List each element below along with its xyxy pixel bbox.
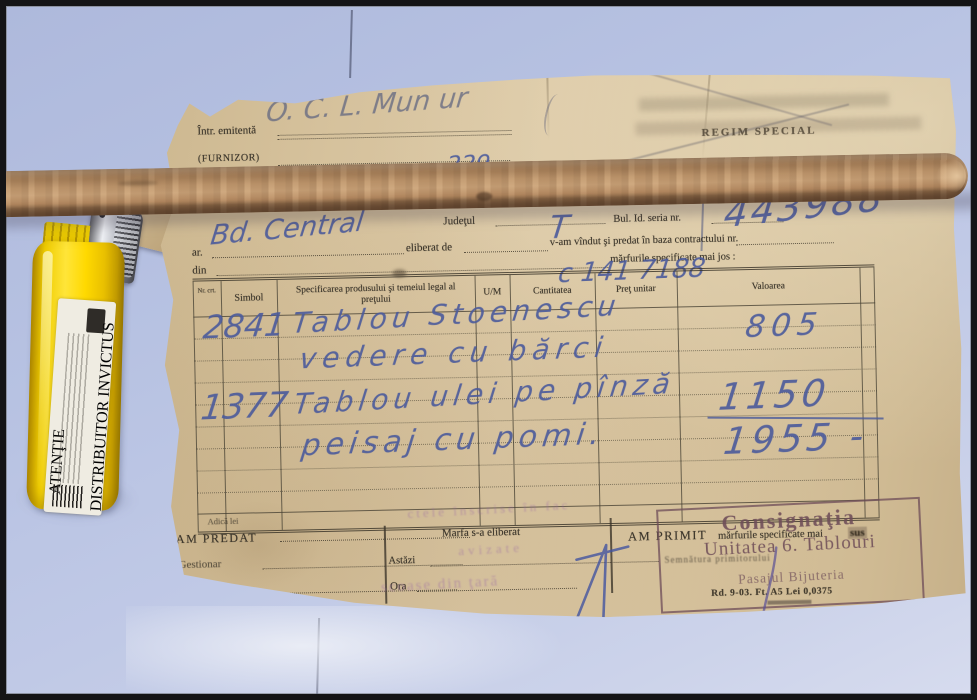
ar-label: ar.	[192, 246, 203, 258]
label-barcode	[52, 484, 83, 508]
faded-stamp-line	[639, 93, 889, 111]
backdrop-light-patch	[126, 606, 566, 700]
furnizor-label: (FURNIZOR)	[198, 152, 260, 164]
am-predat-label: AM PREDAT	[176, 530, 257, 547]
eliberat-label: eliberat de	[406, 241, 452, 254]
row1-simbol-handwriting: 2841	[201, 305, 287, 346]
document-paper: I. S. I. A. P. 22/77. I. P. Ol. 10.761 Î…	[148, 66, 971, 627]
stick-tip-highlight	[936, 159, 967, 194]
label-distributor-text: DISTRIBUITOR INVICTUS INTERNATIONAL S.R.…	[88, 307, 117, 514]
gestionar-label: Gestionar	[178, 558, 221, 571]
table-column-line	[193, 282, 199, 532]
table-column-line	[676, 272, 682, 522]
regim-special-label: REGIM SPECIAL	[701, 125, 816, 139]
astazi-label: Astăzi	[388, 555, 415, 567]
faded-purple-stamp-line3: scoase din ţară	[381, 573, 500, 597]
row2-simbol-handwriting: 1377	[199, 385, 291, 428]
lighter-label: ATENŢIE DISTRIBUITOR INVICTUS INTERNATIO…	[43, 298, 116, 516]
contract-dotted-line	[736, 242, 834, 245]
vindut-label: v-am vîndut şi predat în baza contractul…	[550, 233, 739, 248]
backdrop-sheet-edge-top	[349, 10, 353, 78]
stick-knot	[118, 180, 158, 186]
table-column-line	[859, 268, 865, 518]
table-footer-label: Adică lei	[207, 516, 238, 527]
lighter: ATENŢIE DISTRIBUITOR INVICTUS INTERNATIO…	[24, 205, 142, 520]
pen-flourish-mark	[744, 545, 793, 676]
row1-valoare-handwriting: 805	[743, 306, 825, 345]
table-column-line	[873, 267, 879, 517]
total-valoare-handwriting: 1955 -	[721, 414, 870, 463]
pencil-arc-mark	[541, 93, 566, 138]
stick-knot	[476, 192, 492, 201]
din-label: din	[192, 264, 206, 276]
photo-canvas: I. S. I. A. P. 22/77. I. P. Ol. 10.761 Î…	[0, 0, 977, 700]
side-imprint-text: I. S. I. A. P. 22/77. I. P. Ol. 10.761	[157, 382, 172, 602]
marfa-label: Marfa s-a eliberat	[442, 526, 520, 540]
lighter-body: ATENŢIE DISTRIBUITOR INVICTUS INTERNATIO…	[26, 241, 125, 511]
row2-spec-line1-handwriting: Tablou ulei pe pînză	[292, 367, 677, 421]
eliberat-dotted-line	[464, 250, 548, 253]
emitter-handwriting: O. C. L. Mun ur	[265, 83, 469, 129]
table-header-simbol: Simbol	[221, 292, 277, 304]
emitter-label: Într. emitentă	[197, 124, 256, 137]
table-header-nrcrt: Nr. crt.	[193, 287, 221, 295]
paper-crease	[701, 71, 711, 161]
row2-valoare-handwriting: 1150	[716, 371, 832, 418]
goods-table: Nr. crt. Simbol Specificarea produsului …	[193, 264, 880, 534]
table-header-valoarea: Valoarea	[677, 280, 860, 294]
iscalitura-label: Iscălitura	[181, 583, 220, 595]
ar-dotted-line	[212, 253, 404, 258]
table-row-line	[197, 478, 879, 493]
faded-purple-stamp-line2: avizate	[458, 540, 524, 560]
